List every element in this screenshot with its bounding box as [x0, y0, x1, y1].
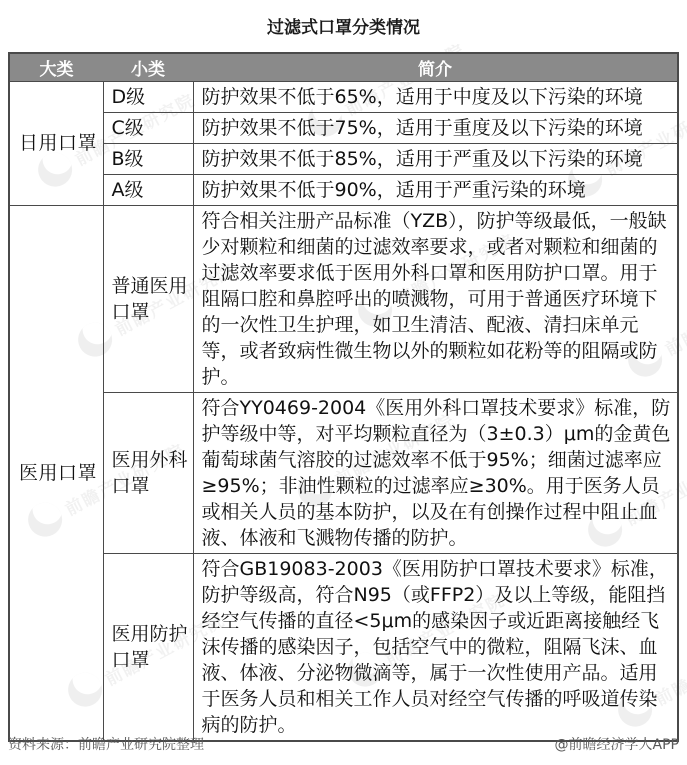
category-cell: 日用口罩	[9, 81, 103, 205]
footer: 资料来源：前瞻产业研究院整理 @前瞻经济学人APP	[8, 734, 679, 754]
description-cell: 符合相关注册产品标准（YZB），防护等级最低，一般缺少对颗粒和细菌的过滤效率要求…	[193, 205, 678, 392]
table-row: A级防护效果不低于90%，适用于严重污染的环境	[9, 174, 678, 205]
brand-credit: @前瞻经济学人APP	[555, 734, 679, 754]
subcategory-cell: A级	[103, 174, 193, 205]
column-header-description: 简介	[193, 53, 678, 81]
description-cell: 符合YY0469-2004《医用外科口罩技术要求》标准，防护等级中等，对平均颗粒…	[193, 392, 678, 553]
header-row: 大类 小类 简介	[9, 53, 678, 81]
description-cell: 防护效果不低于90%，适用于严重污染的环境	[193, 174, 678, 205]
page-title: 过滤式口罩分类情况	[0, 0, 687, 38]
source-note: 资料来源：前瞻产业研究院整理	[8, 734, 204, 754]
table-row: B级防护效果不低于85%，适用于严重及以下污染的环境	[9, 143, 678, 174]
table-row: C级防护效果不低于75%，适用于重度及以下污染的环境	[9, 112, 678, 143]
figure-canvas: 前瞻产业研究院前瞻产业研究院前瞻产业研究院前瞻产业研究院前瞻产业研究院前瞻产业研…	[0, 0, 687, 765]
category-cell: 医用口罩	[9, 205, 103, 741]
table-row: 医用防护口罩符合GB19083-2003《医用防护口罩技术要求》标准，防护等级高…	[9, 553, 678, 741]
subcategory-cell: 医用防护口罩	[103, 553, 193, 741]
description-cell: 防护效果不低于65%，适用于中度及以下污染的环境	[193, 81, 678, 112]
table-row: 医用口罩普通医用口罩符合相关注册产品标准（YZB），防护等级最低，一般缺少对颗粒…	[9, 205, 678, 392]
subcategory-cell: 普通医用口罩	[103, 205, 193, 392]
subcategory-cell: B级	[103, 143, 193, 174]
column-header-subcategory: 小类	[103, 53, 193, 81]
classification-table: 大类 小类 简介 日用口罩D级防护效果不低于65%，适用于中度及以下污染的环境C…	[8, 52, 679, 742]
table-row: 日用口罩D级防护效果不低于65%，适用于中度及以下污染的环境	[9, 81, 678, 112]
table-row: 医用外科口罩符合YY0469-2004《医用外科口罩技术要求》标准，防护等级中等…	[9, 392, 678, 553]
subcategory-cell: D级	[103, 81, 193, 112]
description-cell: 防护效果不低于85%，适用于严重及以下污染的环境	[193, 143, 678, 174]
column-header-category: 大类	[9, 53, 103, 81]
subcategory-cell: 医用外科口罩	[103, 392, 193, 553]
subcategory-cell: C级	[103, 112, 193, 143]
description-cell: 防护效果不低于75%，适用于重度及以下污染的环境	[193, 112, 678, 143]
description-cell: 符合GB19083-2003《医用防护口罩技术要求》标准，防护等级高，符合N95…	[193, 553, 678, 741]
